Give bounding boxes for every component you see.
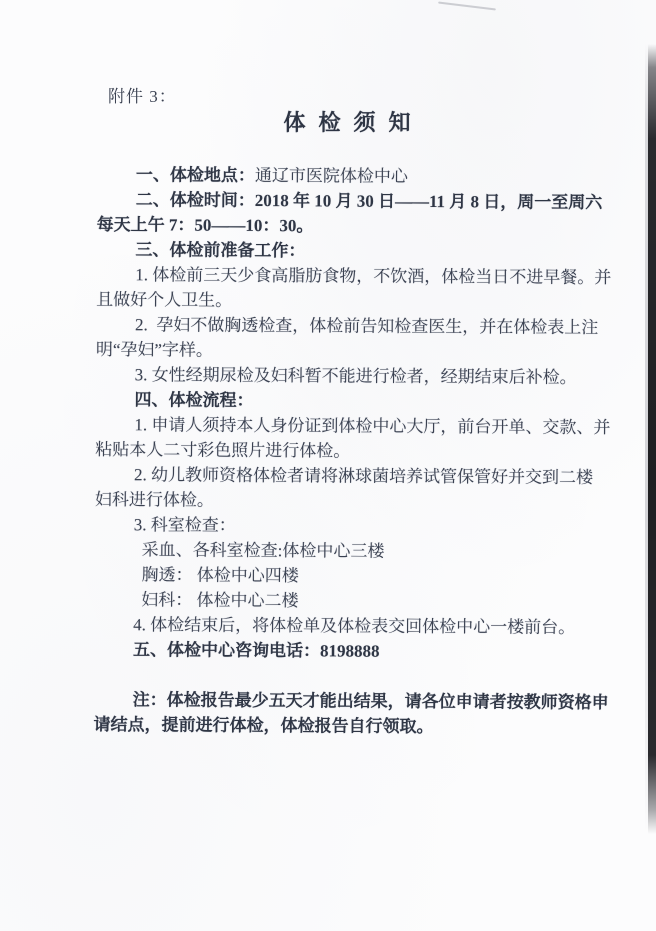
- document-line: 且做好个人卫生。: [96, 287, 636, 315]
- text-run: 且做好个人卫生。: [96, 290, 232, 310]
- text-run: 一、体检地点：: [136, 165, 255, 185]
- document-line: 采血、各科室检查:体检中心三楼: [95, 537, 635, 565]
- text-run: 妇科进行体检。: [95, 490, 214, 510]
- scanned-document-page: 附件 3： 体检须知 一、体检地点：通辽市医院体检中心二、体检时间：2018 年…: [0, 0, 656, 931]
- document-line: 三、体检前准备工作：: [96, 237, 636, 265]
- text-run: 妇科： 体检中心二楼: [141, 590, 298, 610]
- document-line: 粘贴本人二寸彩色照片进行体检。: [95, 437, 635, 465]
- text-run: 粘贴本人二寸彩色照片进行体检。: [95, 440, 350, 461]
- document-line: 明“孕妇”字样。: [96, 337, 636, 365]
- document-line: 注：体检报告最少五天才能出结果，请各位申请者按教师资格申: [94, 687, 634, 715]
- text-run: 注：体检报告最少五天才能出结果，请各位申请者按教师资格申: [133, 690, 609, 712]
- text-run: 1. 申请人须持本人身份证到体检中心大厅，前台开单、交款、并: [134, 415, 610, 437]
- text-run: 三、体检前准备工作：: [135, 240, 305, 260]
- document-line: 3. 女性经期尿检及妇科暂不能进行检者，经期结束后补检。: [96, 362, 636, 390]
- document-line: 4. 体检结束后，将体检单及体检表交回体检中心一楼前台。: [94, 612, 634, 640]
- scan-edge-shadow: [648, 44, 656, 834]
- text-run: 通辽市医院体检中心: [255, 166, 408, 186]
- text-run: 四、体检流程：: [134, 390, 253, 410]
- text-run: 3. 女性经期尿检及妇科暂不能进行检者，经期结束后补检。: [135, 365, 577, 387]
- document-line: 3. 科室检查：: [95, 512, 635, 540]
- document-body: 一、体检地点：通辽市医院体检中心二、体检时间：2018 年 10 月 30 日—…: [93, 162, 637, 740]
- text-run: 1. 体检前三天少食高脂肪食物，不饮酒，体检当日不进早餐。并: [135, 265, 611, 287]
- document-line: 胸透： 体检中心四楼: [94, 562, 634, 590]
- document-line: 二、体检时间：2018 年 10 月 30 日——11 月 8 日，周一至周六: [97, 187, 637, 215]
- document-line: 妇科： 体检中心二楼: [94, 587, 634, 615]
- text-run: 请结点，提前进行体检，体检报告自行领取。: [94, 715, 434, 736]
- document-line: 2. 孕妇不做胸透检查，体检前告知检查医生，并在体检表上注: [96, 312, 636, 340]
- text-run: 明“孕妇”字样。: [96, 340, 213, 360]
- document-line: 2. 幼儿教师资格体检者请将淋球菌培养试管保管好并交到二楼: [95, 462, 635, 490]
- text-run: 4. 体检结束后，将体检单及体检表交回体检中心一楼前台。: [133, 615, 575, 637]
- text-run: 二、体检时间：2018 年 10 月 30 日——11 月 8 日，周一至周六: [136, 190, 603, 212]
- text-run: 每天上午 7：50——10：30。: [97, 215, 314, 235]
- document-line: 四、体检流程：: [95, 387, 635, 415]
- document-line: 1. 体检前三天少食高脂肪食物，不饮酒，体检当日不进早餐。并: [96, 262, 636, 290]
- attachment-label: 附件 3：: [108, 82, 177, 107]
- document-line: 每天上午 7：50——10：30。: [97, 212, 637, 240]
- document-title: 体检须知: [97, 106, 597, 137]
- document-line: 妇科进行体检。: [95, 487, 635, 515]
- document-line: 1. 申请人须持本人身份证到体检中心大厅，前台开单、交款、并: [95, 412, 635, 440]
- blank-line: [94, 662, 634, 690]
- text-run: 胸透： 体检中心四楼: [141, 565, 298, 585]
- document-line: 请结点，提前进行体检，体检报告自行领取。: [93, 712, 633, 740]
- text-run: 2. 幼儿教师资格体检者请将淋球菌培养试管保管好并交到二楼: [134, 465, 593, 487]
- scan-artifact-line: [438, 1, 496, 10]
- text-run: 采血、各科室检查:体检中心三楼: [142, 540, 385, 560]
- document-line: 五、体检中心咨询电话：8198888: [94, 637, 634, 665]
- text-run: 2. 孕妇不做胸透检查，体检前告知检查医生，并在体检表上注: [135, 315, 598, 337]
- text-run: 3. 科室检查：: [134, 515, 236, 535]
- text-run: 五、体检中心咨询电话：8198888: [133, 640, 380, 661]
- document-line: 一、体检地点：通辽市医院体检中心: [97, 162, 637, 190]
